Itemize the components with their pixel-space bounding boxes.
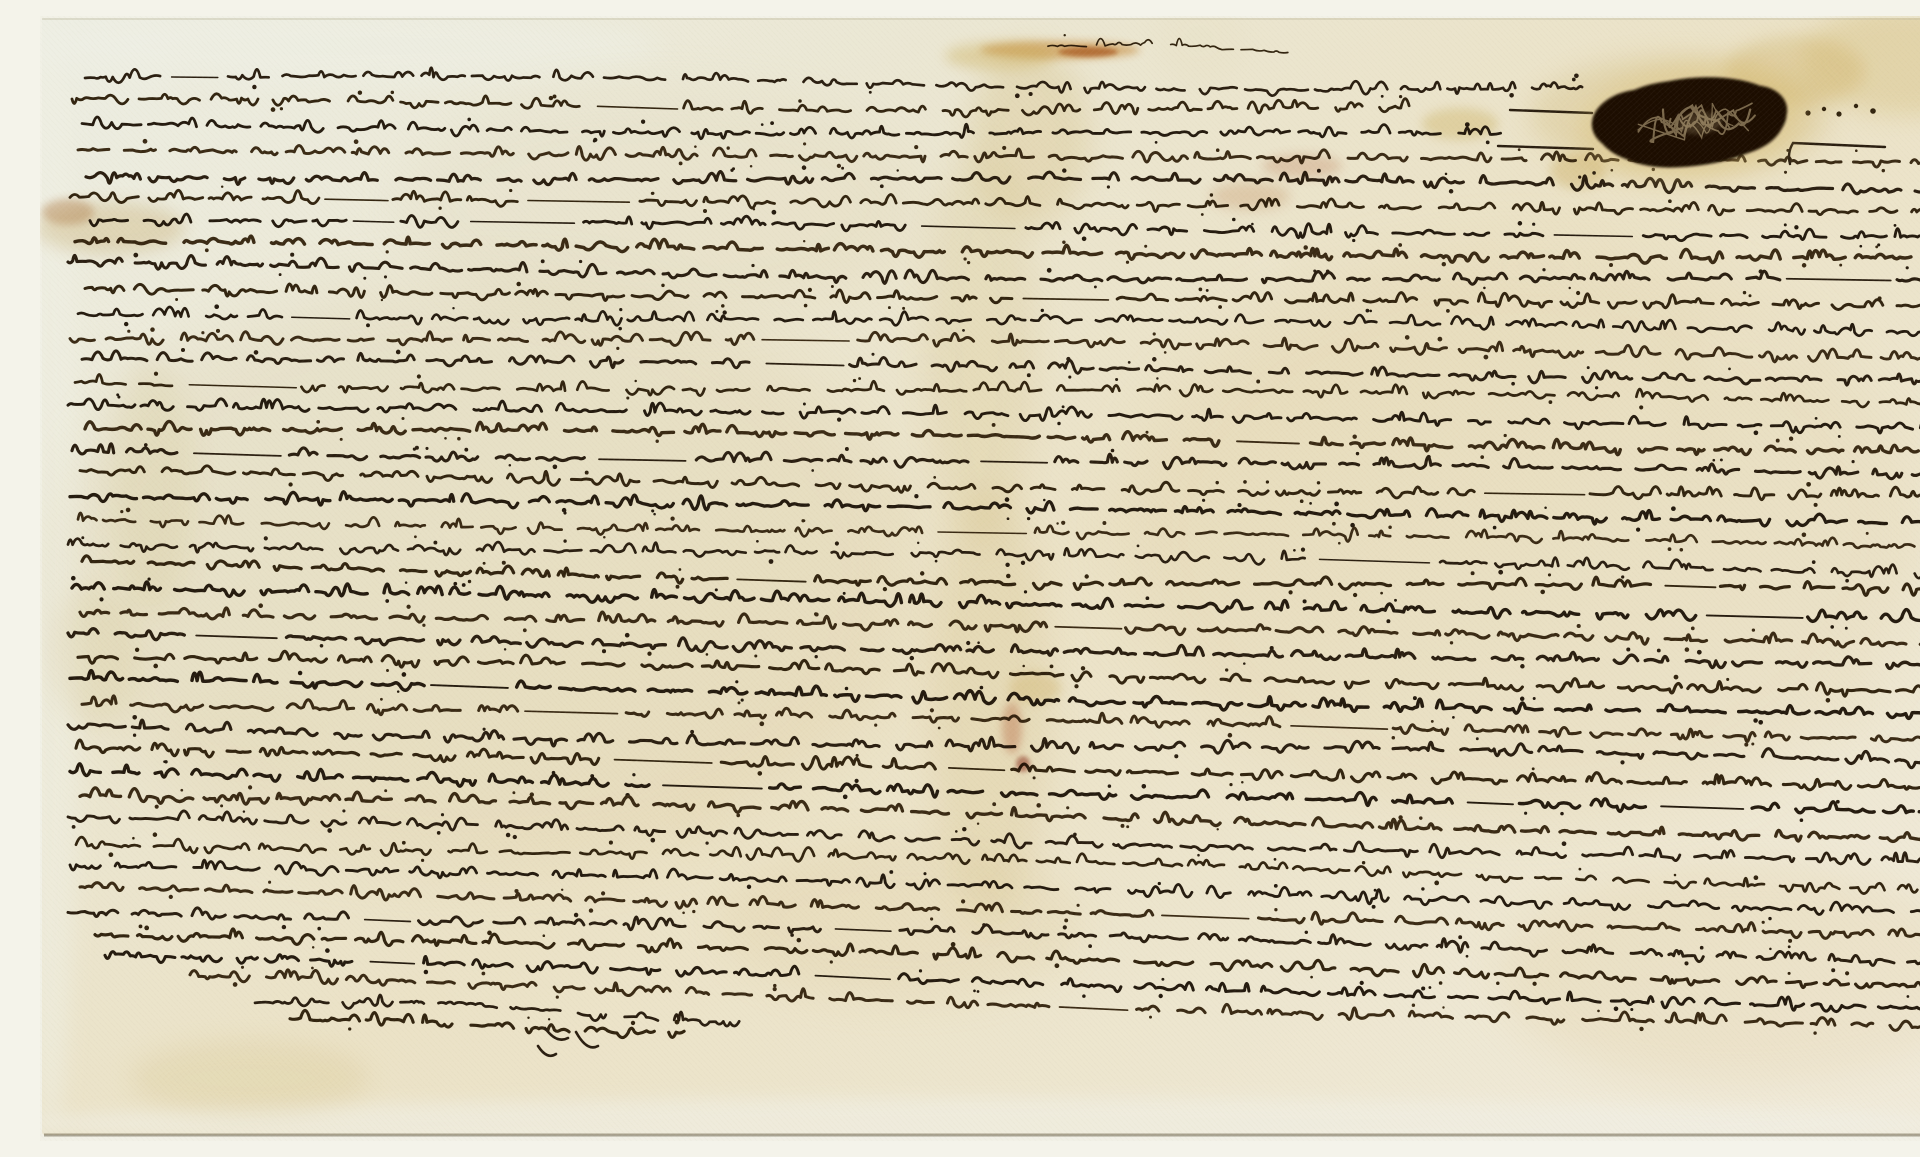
document-photo: Scan of an aged single-page Ottoman-Turk… bbox=[40, 16, 1920, 1141]
manuscript-scan bbox=[40, 16, 1920, 1141]
